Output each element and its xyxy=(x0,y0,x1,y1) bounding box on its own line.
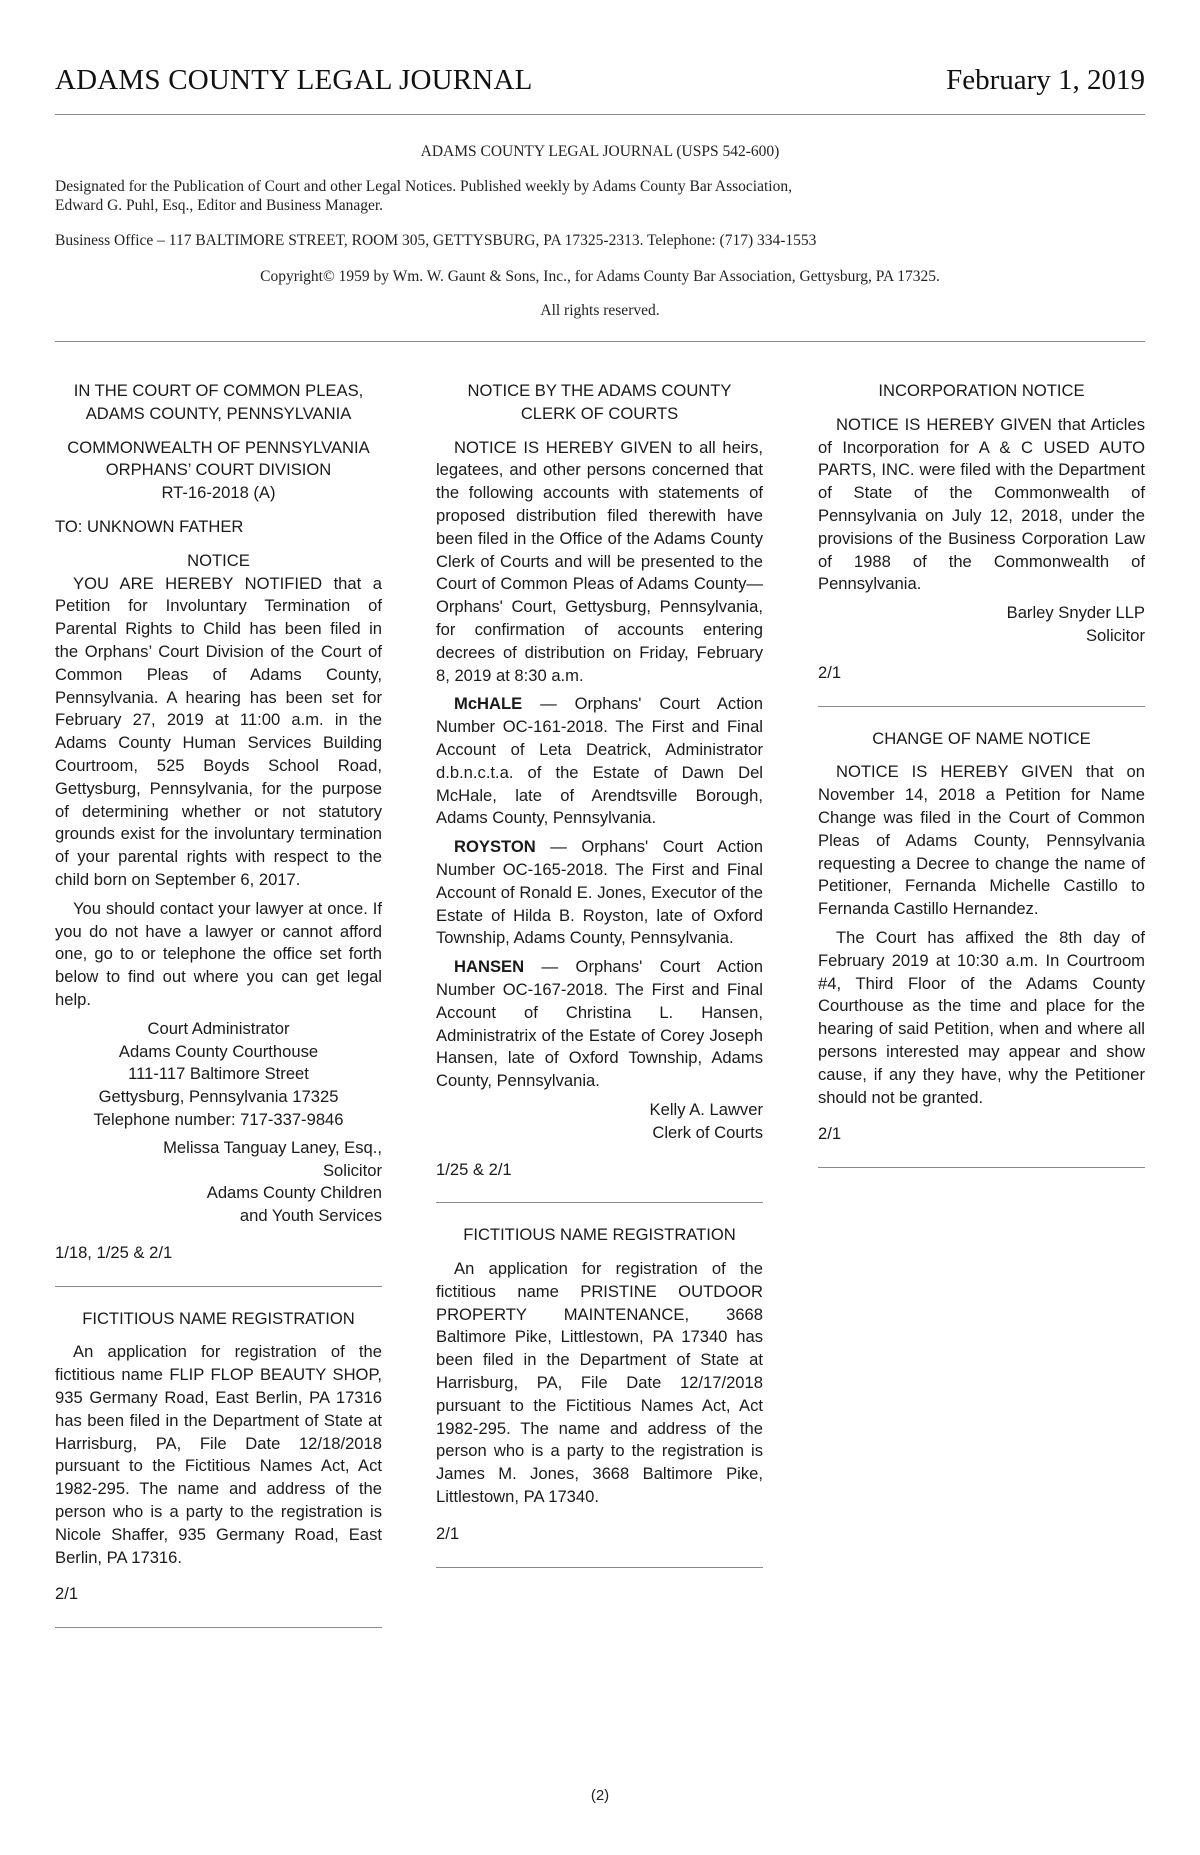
column-3: INCORPORATION NOTICE NOTICE IS HEREBY GI… xyxy=(818,380,1145,1189)
court-notice-heading: IN THE COURT OF COMMON PLEAS, ADAMS COUN… xyxy=(55,380,382,426)
notice-paragraph: The Court has affixed the 8th day of Feb… xyxy=(818,927,1145,1109)
masthead-rule xyxy=(55,114,1145,115)
signature-line: Kelly A. Lawver xyxy=(436,1099,763,1122)
copyright-line: Copyright© 1959 by Wm. W. Gaunt & Sons, … xyxy=(55,267,1145,286)
notice-separator xyxy=(436,1567,763,1568)
publication-dates: 2/1 xyxy=(55,1583,382,1606)
publication-dates: 2/1 xyxy=(818,1123,1145,1146)
heading-line: NOTICE BY THE ADAMS COUNTY xyxy=(436,380,763,403)
designation-block: Designated for the Publication of Court … xyxy=(55,177,1055,215)
signature-line: Adams County Children xyxy=(55,1182,382,1205)
notice-heading: FICTITIOUS NAME REGISTRATION xyxy=(55,1308,382,1331)
notice-separator xyxy=(436,1202,763,1203)
fictitious-name-notice: FICTITIOUS NAME REGISTRATION An applicat… xyxy=(436,1224,763,1545)
solicitor-signature: Barley Snyder LLP Solicitor xyxy=(818,602,1145,648)
addressee: TO: UNKNOWN FATHER xyxy=(55,516,382,539)
notice-paragraph: An application for registration of the f… xyxy=(55,1341,382,1569)
notice-heading: INCORPORATION NOTICE xyxy=(818,380,1145,403)
telephone-line: Telephone number: 717-337-9846 xyxy=(55,1109,382,1132)
publication-dates: 2/1 xyxy=(436,1523,763,1546)
signature-line: Solicitor xyxy=(55,1160,382,1183)
signature-line: Barley Snyder LLP xyxy=(818,602,1145,625)
estate-name: ROYSTON xyxy=(454,837,536,856)
designation-line-1: Designated for the Publication of Court … xyxy=(55,177,1055,196)
publication-dates: 2/1 xyxy=(818,662,1145,685)
heading-line: ADAMS COUNTY, PENNSYLVANIA xyxy=(55,403,382,426)
signature-line: Solicitor xyxy=(818,625,1145,648)
column-2: NOTICE BY THE ADAMS COUNTY CLERK OF COUR… xyxy=(436,380,763,1589)
estate-text: — Orphans' Court Action Number OC-167-20… xyxy=(436,957,763,1090)
issue-date: February 1, 2019 xyxy=(946,64,1145,97)
rights-line: All rights reserved. xyxy=(55,301,1145,320)
estate-name: McHALE xyxy=(454,694,522,713)
page-number: (2) xyxy=(55,1787,1145,1804)
notice-paragraph: YOU ARE HEREBY NOTIFIED that a Petition … xyxy=(55,573,382,892)
court-notice: IN THE COURT OF COMMON PLEAS, ADAMS COUN… xyxy=(55,380,382,1265)
estate-text: — Orphans' Court Action Number OC-161-20… xyxy=(436,694,763,827)
publication-dates: 1/25 & 2/1 xyxy=(436,1159,763,1182)
journal-title: ADAMS COUNTY LEGAL JOURNAL xyxy=(55,64,533,97)
subheading-line: ORPHANS’ COURT DIVISION xyxy=(55,459,382,482)
notice-paragraph: An application for registration of the f… xyxy=(436,1258,763,1509)
notice-heading: FICTITIOUS NAME REGISTRATION xyxy=(436,1224,763,1247)
subheading-line: COMMONWEALTH OF PENNSYLVANIA xyxy=(55,437,382,460)
column-1: IN THE COURT OF COMMON PLEAS, ADAMS COUN… xyxy=(55,380,382,1649)
fictitious-name-notice: FICTITIOUS NAME REGISTRATION An applicat… xyxy=(55,1308,382,1607)
pubinfo-rule xyxy=(55,341,1145,342)
notice-paragraph: NOTICE IS HEREBY GIVEN that Articles of … xyxy=(818,414,1145,596)
court-notice-subheading: COMMONWEALTH OF PENNSYLVANIA ORPHANS’ CO… xyxy=(55,437,382,505)
case-number: RT-16-2018 (A) xyxy=(55,482,382,505)
masthead: ADAMS COUNTY LEGAL JOURNAL February 1, 2… xyxy=(55,64,1145,104)
address-line: Gettysburg, Pennsylvania 17325 xyxy=(55,1086,382,1109)
notice-intro: NOTICE IS HEREBY GIVEN to all heirs, leg… xyxy=(436,437,763,688)
notice-heading: CHANGE OF NAME NOTICE xyxy=(818,728,1145,751)
incorporation-notice: INCORPORATION NOTICE NOTICE IS HEREBY GI… xyxy=(818,380,1145,685)
notice-separator xyxy=(818,706,1145,707)
publication-dates: 1/18, 1/25 & 2/1 xyxy=(55,1242,382,1265)
notice-separator xyxy=(55,1286,382,1287)
notice-separator xyxy=(55,1627,382,1628)
address-line: 111-117 Baltimore Street xyxy=(55,1063,382,1086)
journal-page: ADAMS COUNTY LEGAL JOURNAL February 1, 2… xyxy=(55,0,1145,1855)
address-line: Court Administrator xyxy=(55,1018,382,1041)
notice-label: NOTICE xyxy=(55,550,382,573)
signature-line: and Youth Services xyxy=(55,1205,382,1228)
clerk-signature: Kelly A. Lawver Clerk of Courts xyxy=(436,1099,763,1145)
estate-entry: ROYSTON — Orphans' Court Action Number O… xyxy=(436,836,763,950)
estate-entry: HANSEN — Orphans' Court Action Number OC… xyxy=(436,956,763,1093)
signature-line: Melissa Tanguay Laney, Esq., xyxy=(55,1137,382,1160)
clerk-of-courts-notice: NOTICE BY THE ADAMS COUNTY CLERK OF COUR… xyxy=(436,380,763,1181)
estate-entry: McHALE — Orphans' Court Action Number OC… xyxy=(436,693,763,830)
notice-paragraph: You should contact your lawyer at once. … xyxy=(55,898,382,1012)
heading-line: CLERK OF COURTS xyxy=(436,403,763,426)
change-of-name-notice: CHANGE OF NAME NOTICE NOTICE IS HEREBY G… xyxy=(818,728,1145,1147)
notice-separator xyxy=(818,1167,1145,1168)
court-administrator-address: Court Administrator Adams County Courtho… xyxy=(55,1018,382,1132)
address-line: Adams County Courthouse xyxy=(55,1041,382,1064)
heading-line: IN THE COURT OF COMMON PLEAS, xyxy=(55,380,382,403)
estate-name: HANSEN xyxy=(454,957,524,976)
designation-line-2: Edward G. Puhl, Esq., Editor and Busines… xyxy=(55,196,1055,215)
signature-line: Clerk of Courts xyxy=(436,1122,763,1145)
solicitor-signature: Melissa Tanguay Laney, Esq., Solicitor A… xyxy=(55,1137,382,1228)
business-office-line: Business Office – 117 BALTIMORE STREET, … xyxy=(55,231,1145,250)
notice-heading: NOTICE BY THE ADAMS COUNTY CLERK OF COUR… xyxy=(436,380,763,426)
usps-line: ADAMS COUNTY LEGAL JOURNAL (USPS 542-600… xyxy=(55,142,1145,161)
notice-paragraph: NOTICE IS HEREBY GIVEN that on November … xyxy=(818,761,1145,921)
